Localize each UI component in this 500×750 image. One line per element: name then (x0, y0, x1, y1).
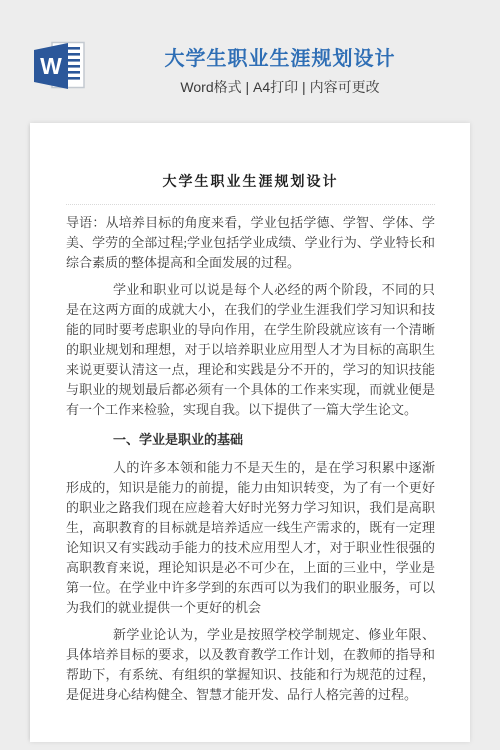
paragraph: 人的许多本领和能力不是天生的，是在学习积累中逐渐形成的，知识是能力的前提，能力由… (66, 458, 435, 618)
title-divider (66, 204, 435, 205)
paragraph: 学业和职业可以说是每个人必经的两个阶段，不同的只是在这两方面的成就大小，在我们的… (66, 280, 435, 420)
document-preview-page: 大学生职业生涯规划设计 导语：从培养目标的角度来看，学业包括学德、学智、学体、学… (30, 123, 470, 742)
word-icon-letter: W (40, 53, 62, 79)
document-body: 导语：从培养目标的角度来看，学业包括学德、学智、学体、学美、学劳的全部过程;学业… (66, 213, 435, 705)
paragraph: 新学业论认为，学业是按照学校学制规定、修业年限、具体培养目标的要求，以及教育教学… (66, 625, 435, 705)
document-title: 大学生职业生涯规划设计 (66, 173, 435, 193)
header-text: 大学生职业生涯规划设计 Word格式 | A4打印 | 内容可更改 (70, 44, 490, 96)
page: W 大学生职业生涯规划设计 Word格式 | A4打印 | 内容可更改 大学生职… (0, 0, 500, 750)
lead-paragraph: 导语：从培养目标的角度来看，学业包括学德、学智、学体、学美、学劳的全部过程;学业… (66, 213, 435, 273)
section-heading: 一、学业是职业的基础 (66, 430, 435, 450)
page-subtitle: Word格式 | A4打印 | 内容可更改 (70, 78, 490, 96)
header: W 大学生职业生涯规划设计 Word格式 | A4打印 | 内容可更改 (0, 0, 500, 122)
page-title: 大学生职业生涯规划设计 (70, 44, 490, 74)
